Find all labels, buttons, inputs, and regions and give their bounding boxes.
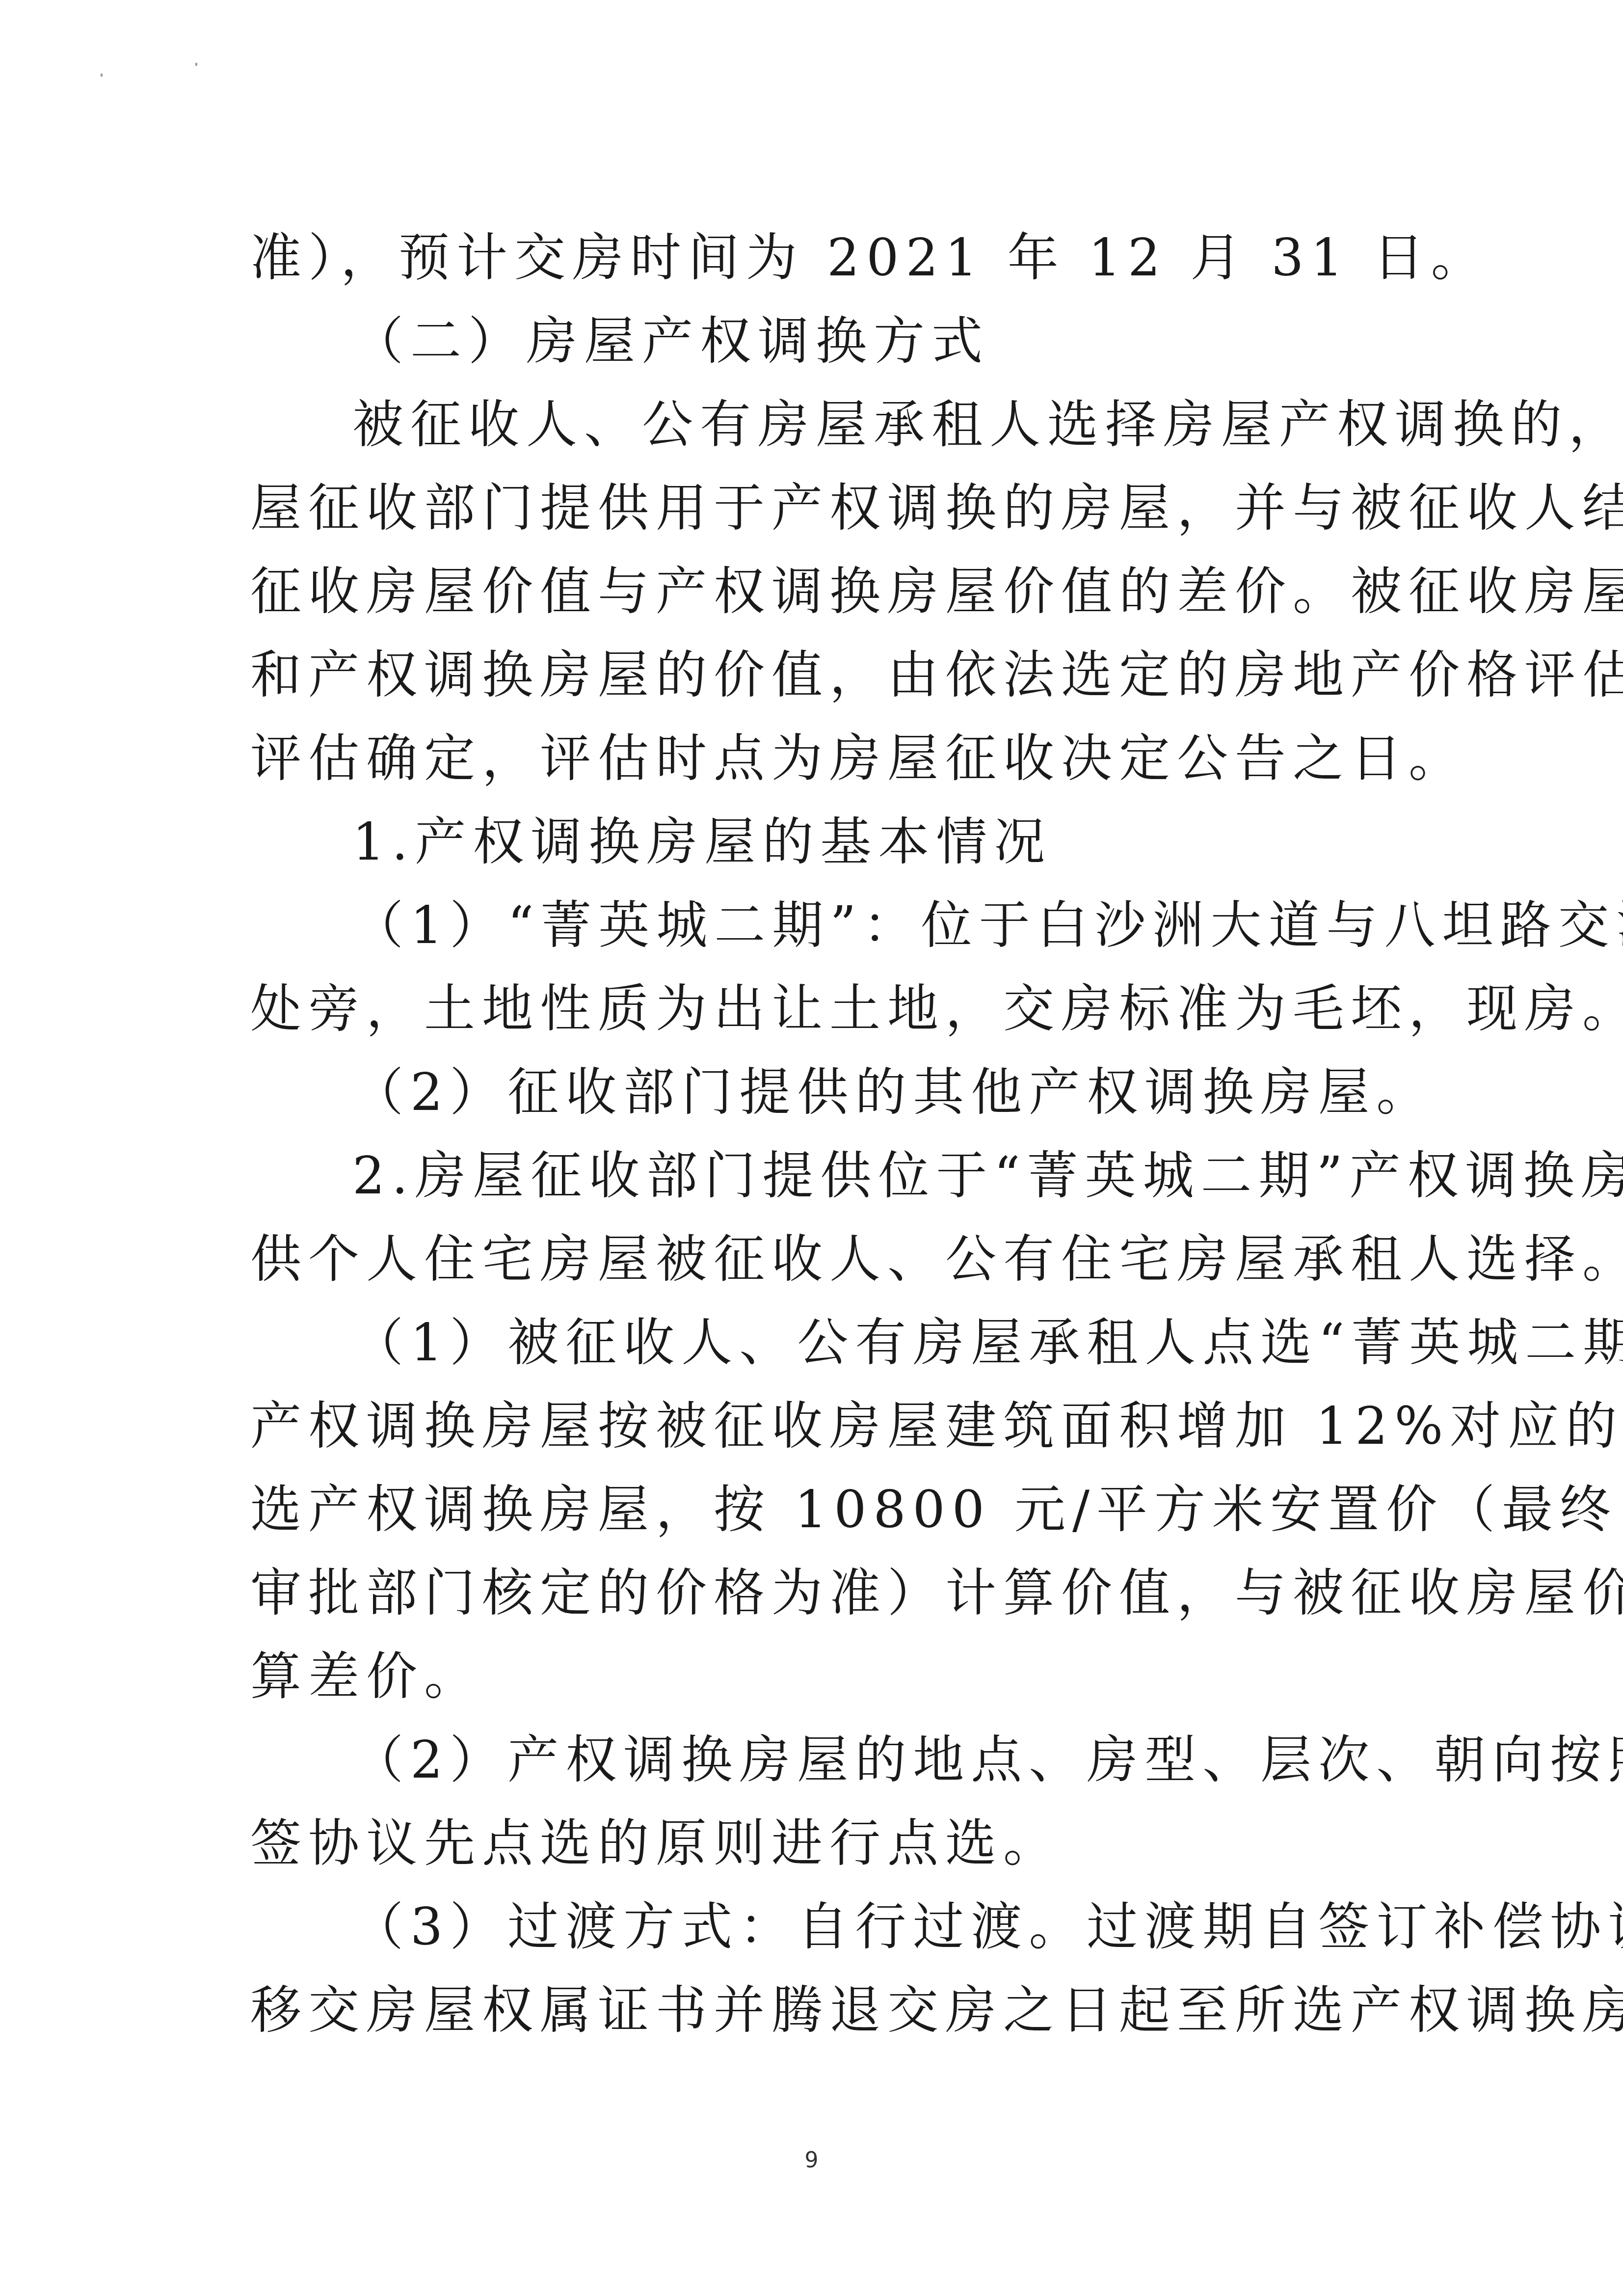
body-line: （1）被征收人、公有房屋承租人点选“菁英城二期” xyxy=(352,1311,1491,1375)
subsection-heading: 1.产权调换房屋的基本情况 xyxy=(352,810,1491,874)
body-line: 2.房屋征收部门提供位于“菁英城二期”产权调换房屋 xyxy=(352,1144,1491,1208)
document-page: 准），预计交房时间为 2021 年 12 月 31 日。 （二）房屋产权调换方式… xyxy=(0,0,1623,2296)
body-line: 征收房屋价值与产权调换房屋价值的差价。被征收房屋价值 xyxy=(250,560,1389,623)
scan-speck xyxy=(101,74,103,77)
body-line: 处旁，土地性质为出让土地，交房标准为毛坯，现房。 xyxy=(250,977,1389,1041)
body-line: 选产权调换房屋，按 10800 元/平方米安置价（最终以价格 xyxy=(250,1478,1389,1541)
body-line: （3）过渡方式：自行过渡。过渡期自签订补偿协议、 xyxy=(352,1895,1491,1959)
body-line: 签协议先点选的原则进行点选。 xyxy=(250,1811,1389,1875)
body-line: 准），预计交房时间为 2021 年 12 月 31 日。 xyxy=(250,226,1389,290)
body-line: 和产权调换房屋的价值，由依法选定的房地产价格评估机构 xyxy=(250,643,1389,707)
page-number: 9 xyxy=(0,2148,1623,2173)
body-line: 审批部门核定的价格为准）计算价值，与被征收房屋价值结 xyxy=(250,1561,1389,1625)
section-heading: （二）房屋产权调换方式 xyxy=(352,309,1491,373)
body-line: 产权调换房屋按被征收房屋建筑面积增加 12%对应的户型点 xyxy=(250,1394,1389,1458)
scan-speck xyxy=(195,63,197,66)
body-line: 移交房屋权属证书并腾退交房之日起至所选产权调换房屋 xyxy=(250,1978,1389,2042)
body-line: （2）产权调换房屋的地点、房型、层次、朝向按照先 xyxy=(352,1728,1491,1792)
body-line: 被征收人、公有房屋承租人选择房屋产权调换的，由房 xyxy=(352,393,1491,457)
body-line: 评估确定，评估时点为房屋征收决定公告之日。 xyxy=(250,727,1389,790)
body-line: 屋征收部门提供用于产权调换的房屋，并与被征收人结算被 xyxy=(250,476,1389,540)
body-line: （1）“菁英城二期”：位于白沙洲大道与八坦路交汇 xyxy=(352,893,1491,957)
body-line: 供个人住宅房屋被征收人、公有住宅房屋承租人选择。 xyxy=(250,1227,1389,1291)
body-line: 算差价。 xyxy=(250,1645,1389,1708)
body-line: （2）征收部门提供的其他产权调换房屋。 xyxy=(352,1060,1491,1124)
